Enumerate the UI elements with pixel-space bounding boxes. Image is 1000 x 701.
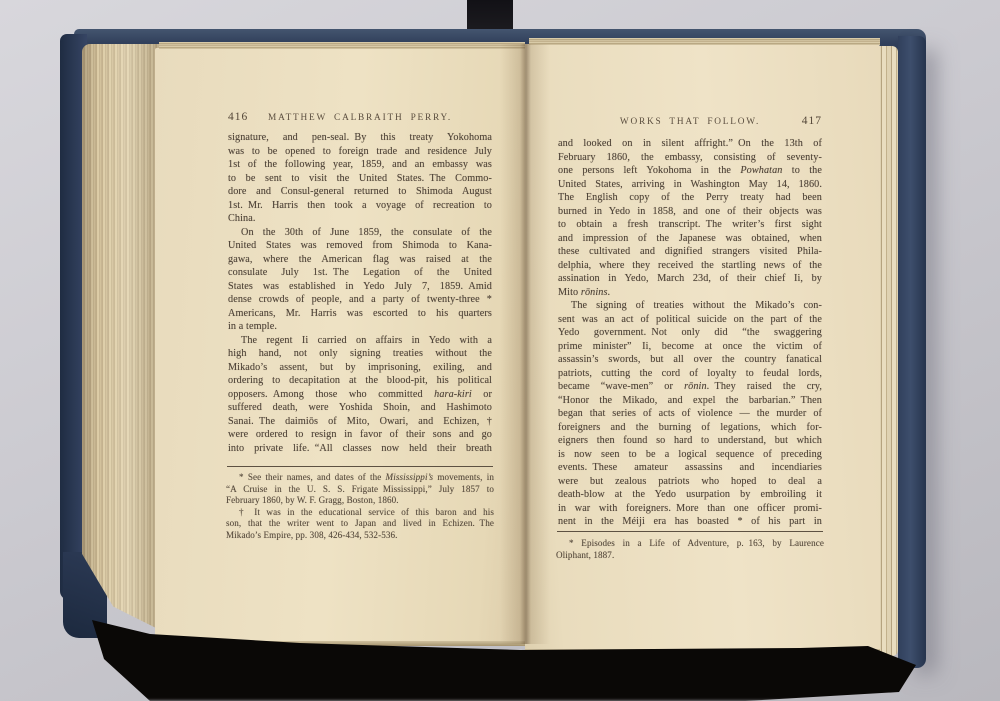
text-line: Mikado’s assent, but by imprisoning, exi… xyxy=(228,361,492,375)
right-page-footnotes: * Episodes in a Life of Adventure, p. 16… xyxy=(556,538,824,561)
text-line: in war with foreigners. More than one of… xyxy=(558,502,822,516)
text-line: to be sent to visit the United States. T… xyxy=(228,172,492,186)
left-page-header: 416 MATTHEW CALBRAITH PERRY. xyxy=(228,112,492,125)
text-line: † It was in the educational service of t… xyxy=(226,507,494,519)
text-line: in a temple. xyxy=(228,320,492,334)
right-page-number: 417 xyxy=(802,115,822,127)
text-line: opposers. Among those who committed hara… xyxy=(228,388,492,402)
text-line: nent in the Méiji era has boasted * of h… xyxy=(558,515,822,529)
text-line: dore and Consul-general returned to Shim… xyxy=(228,185,492,199)
text-line: United States was removed from Shimoda t… xyxy=(228,239,492,253)
left-page-footnotes: * See their names, and dates of the Miss… xyxy=(226,472,494,542)
paragraph: The signing of treaties without the Mika… xyxy=(558,299,822,529)
text-line: were but zealous patriots who hoped to d… xyxy=(558,475,822,489)
text-line: events. These amateur assassins and ince… xyxy=(558,461,822,475)
right-page: WORKS THAT FOLLOW. 417 and looked on in … xyxy=(525,44,880,650)
right-page-header: WORKS THAT FOLLOW. 417 xyxy=(558,116,822,129)
text-line: suffered death, were Yoshida Shoin, and … xyxy=(228,401,492,415)
text-line: eigners then found so hard to understand… xyxy=(558,434,822,448)
right-footnote-rule xyxy=(557,531,823,532)
text-line: burned in Yedo in 1858, and one of their… xyxy=(558,205,822,219)
text-line: ordering to decapitation at the blood-pi… xyxy=(228,374,492,388)
left-page: 416 MATTHEW CALBRAITH PERRY. signature, … xyxy=(155,48,525,642)
text-line: and impression of the Japanese was obtai… xyxy=(558,232,822,246)
text-line: prime minister” Ii, become at once the v… xyxy=(558,340,822,354)
text-line: and looked on in silent affright.” On th… xyxy=(558,137,822,151)
text-line: signature, and pen-seal. By this treaty … xyxy=(228,131,492,145)
text-line: sent was an act of political suicide on … xyxy=(558,313,822,327)
text-line: assination in Yedo, March 23d, of their … xyxy=(558,272,822,286)
text-line: China. xyxy=(228,212,492,226)
text-line: began that series of acts of violence — … xyxy=(558,407,822,421)
text-line: Oliphant, 1887. xyxy=(556,550,824,562)
text-line: patriots, cutting the cord of loyalty to… xyxy=(558,367,822,381)
text-line: into private life. “All classes now held… xyxy=(228,442,492,456)
right-page-body: and looked on in silent affright.” On th… xyxy=(558,137,822,529)
text-line: is now seen to be a logical sequence of … xyxy=(558,448,822,462)
text-line: * Episodes in a Life of Adventure, p. 16… xyxy=(556,538,824,550)
paragraph: The regent Ii carried on affairs in Yedo… xyxy=(228,334,492,456)
text-line: were ordered to resign in favor of their… xyxy=(228,428,492,442)
text-line: gawa, where the American flag was raised… xyxy=(228,253,492,267)
left-page-body: signature, and pen-seal. By this treaty … xyxy=(228,131,492,455)
text-line: Yedo government. Not only did “the swagg… xyxy=(558,326,822,340)
left-page-number: 416 xyxy=(228,111,248,123)
text-line: to obtain a fresh transcript. The writer… xyxy=(558,218,822,232)
text-line: dense crowds of people, and a party of t… xyxy=(228,293,492,307)
left-footnote-rule xyxy=(227,466,493,467)
open-book: 416 MATTHEW CALBRAITH PERRY. signature, … xyxy=(60,26,926,678)
text-line: February 1860, the embassy, consisting o… xyxy=(558,151,822,165)
paragraph: On the 30th of June 1859, the consulate … xyxy=(228,226,492,334)
paragraph: * Episodes in a Life of Adventure, p. 16… xyxy=(556,538,824,561)
text-line: The regent Ii carried on affairs in Yedo… xyxy=(228,334,492,348)
left-running-head: MATTHEW CALBRAITH PERRY. xyxy=(268,113,452,123)
page-stack-fore-edge xyxy=(82,44,160,630)
text-line: On the 30th of June 1859, the consulate … xyxy=(228,226,492,240)
text-line: Mito rōnins. xyxy=(558,286,822,300)
text-line: 1st. Mr. Harris then took a voyage of re… xyxy=(228,199,492,213)
paragraph: * See their names, and dates of the Miss… xyxy=(226,472,494,507)
text-line: death-blow at the Yedo usurpation by emb… xyxy=(558,488,822,502)
text-line: United States, arriving in Washington Ma… xyxy=(558,178,822,192)
text-line: son, that the writer went to Japan and l… xyxy=(226,518,494,530)
text-line: States was established in Yedo July 7, 1… xyxy=(228,280,492,294)
text-line: foreigners and the burning of legations,… xyxy=(558,421,822,435)
text-line: The English copy of the Perry treaty had… xyxy=(558,191,822,205)
text-line: delphia, where they received the startli… xyxy=(558,259,822,273)
right-running-head: WORKS THAT FOLLOW. xyxy=(620,117,760,127)
text-line: “Honor the Mikado, and expel the barbari… xyxy=(558,394,822,408)
paragraph: signature, and pen-seal. By this treaty … xyxy=(228,131,492,226)
paragraph: † It was in the educational service of t… xyxy=(226,507,494,542)
text-line: was to be opened to foreign trade and re… xyxy=(228,145,492,159)
text-line: 1st of the following year, 1859, and an … xyxy=(228,158,492,172)
paragraph: and looked on in silent affright.” On th… xyxy=(558,137,822,299)
text-line: became “wave-men” or rōnin. They raised … xyxy=(558,380,822,394)
text-line: “A Cruise in the U. S. S. Frigate Missis… xyxy=(226,484,494,496)
text-line: Americans, Mr. Harris was escorted to hi… xyxy=(228,307,492,321)
text-line: * See their names, and dates of the Miss… xyxy=(226,472,494,484)
text-line: one persons left Yokohoma in the Powhata… xyxy=(558,164,822,178)
text-line: Sanai. The daimiōs of Mito, Owari, and E… xyxy=(228,415,492,429)
text-line: February 1860, by W. F. Gragg, Boston, 1… xyxy=(226,495,494,507)
text-line: these cultivated and dignified strangers… xyxy=(558,245,822,259)
photo-backdrop: 416 MATTHEW CALBRAITH PERRY. signature, … xyxy=(0,0,1000,701)
text-line: high hand, not only signing treaties wit… xyxy=(228,347,492,361)
text-line: The signing of treaties without the Mika… xyxy=(558,299,822,313)
text-line: Mikado’s Empire, pp. 308, 426-434, 532-5… xyxy=(226,530,494,542)
text-line: consulate July 1st. The Legation of the … xyxy=(228,266,492,280)
text-line: assassin’s swords, but all over the coun… xyxy=(558,353,822,367)
book-cover-right-edge xyxy=(898,36,926,668)
